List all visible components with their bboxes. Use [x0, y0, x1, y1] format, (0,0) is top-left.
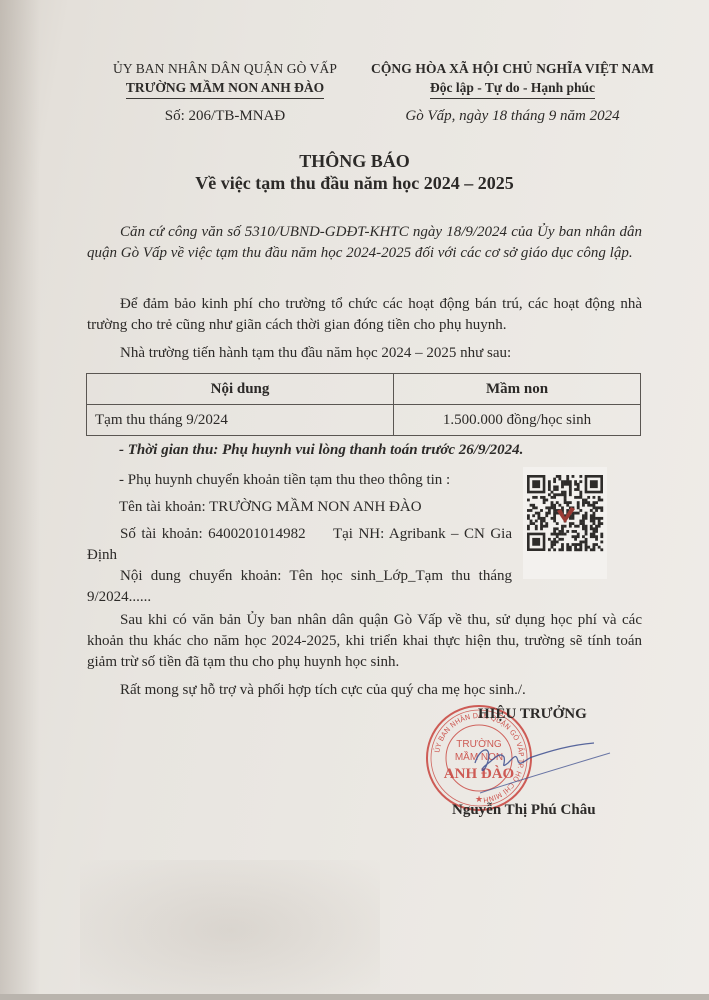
header-left: ỦY BAN NHÂN DÂN QUẬN GÒ VẤP TRƯỜNG MẦM N…	[95, 60, 355, 125]
handwritten-signature	[470, 735, 620, 795]
national-motto: Độc lập - Tự do - Hạnh phúc	[430, 78, 595, 99]
paragraph-basis: Căn cứ công văn số 5310/UBND-GDĐT-KHTC n…	[87, 222, 642, 264]
document-title: THÔNG BÁO	[0, 150, 709, 172]
account-name: Tên tài khoản: TRƯỜNG MẦM NON ANH ĐÀO	[119, 497, 519, 518]
paper-edge	[0, 994, 709, 1000]
table-row: Tạm thu tháng 9/2024 1.500.000 đồng/học …	[87, 405, 641, 436]
transfer-note: - Phụ huynh chuyển khoản tiền tạm thu th…	[119, 470, 519, 491]
document-number: Số: 206/TB-MNAĐ	[95, 108, 355, 125]
school-name: TRƯỜNG MẦM NON ANH ĐÀO	[126, 78, 324, 99]
fee-table: Nội dung Mầm non Tạm thu tháng 9/2024 1.…	[86, 373, 641, 436]
cell-content: Tạm thu tháng 9/2024	[87, 405, 394, 436]
issuing-authority: ỦY BAN NHÂN DÂN QUẬN GÒ VẤP	[95, 60, 355, 78]
qr-code-icon	[523, 467, 607, 579]
transfer-content: Nội dung chuyển khoản: Tên học sinh_Lớp_…	[87, 566, 512, 608]
place-date: Gò Vấp, ngày 18 tháng 9 năm 2024	[365, 108, 660, 125]
signatory-title: HIỆU TRƯỞNG	[478, 706, 587, 723]
table-header-row: Nội dung Mầm non	[87, 374, 641, 405]
national-title: CỘNG HÒA XÃ HỘI CHỦ NGHĨA VIỆT NAM	[365, 60, 660, 78]
header-right: CỘNG HÒA XÃ HỘI CHỦ NGHĨA VIỆT NAM Độc l…	[365, 60, 660, 125]
paragraph-thanks: Rất mong sự hỗ trợ và phối hợp tích cực …	[87, 680, 642, 701]
paper-shadow-bottom	[80, 860, 380, 1000]
account-number: Số tài khoản: 6400201014982	[120, 526, 306, 542]
paragraph-deduction: Sau khi có văn bản Ủy ban nhân dân quận …	[87, 610, 642, 673]
account-info: Số tài khoản: 6400201014982 Tại NH: Agri…	[87, 524, 512, 566]
paragraph-purpose: Để đảm bảo kinh phí cho trường tổ chức c…	[87, 294, 642, 336]
document-subtitle: Về việc tạm thu đầu năm học 2024 – 2025	[0, 172, 709, 194]
column-header-content: Nội dung	[87, 374, 394, 405]
column-header-preschool: Mầm non	[394, 374, 641, 405]
cell-amount: 1.500.000 đồng/học sinh	[394, 405, 641, 436]
payment-deadline: - Thời gian thu: Phụ huynh vui lòng than…	[119, 440, 639, 461]
signatory-name: Nguyễn Thị Phú Châu	[452, 802, 596, 819]
paragraph-intro: Nhà trường tiến hành tạm thu đầu năm học…	[87, 343, 642, 364]
